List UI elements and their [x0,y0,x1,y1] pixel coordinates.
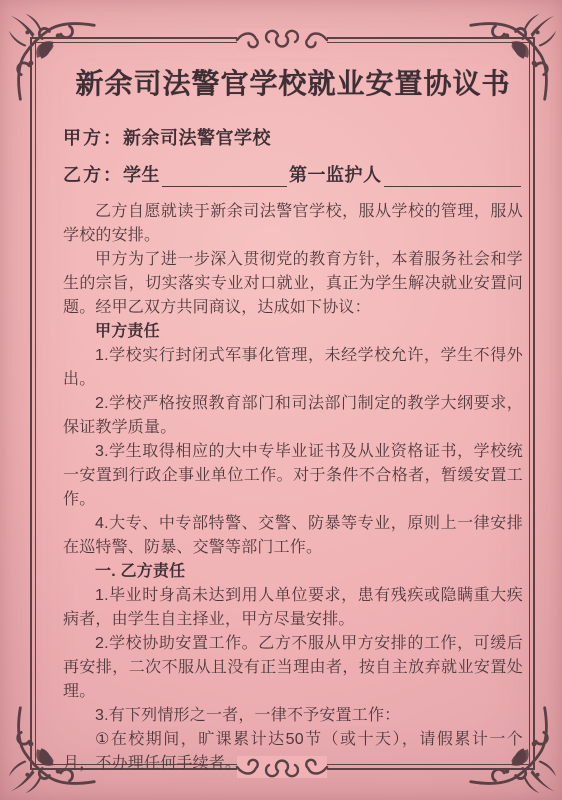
paragraph: 3.有下列情形之一者，一律不予安置工作： [63,704,523,728]
agreement-body: 乙方自愿就读于新余司法警官学校，服从学校的管理，服从学校的安排。 甲方为了进一步… [63,200,523,776]
paragraph: 4.大专、中专部特警、交警、防暴等专业，原则上一律安排在巡特警、防暴、交警等部门… [63,512,523,560]
party-b-label: 乙方： [63,161,123,187]
section-heading-party-a-duties: 甲方责任 [63,320,523,344]
agreement-document: 新余司法警官学校就业安置协议书 甲方： 新余司法警官学校 乙方： 学生 第一监护… [63,62,523,776]
document-title: 新余司法警官学校就业安置协议书 [63,62,523,102]
paragraph: 1.学校实行封闭式军事化管理，未经学校允许，学生不得外出。 [63,344,523,392]
party-a-line: 甲方： 新余司法警官学校 [63,124,523,150]
party-b-line: 乙方： 学生 第一监护人 [63,161,523,187]
paragraph: 2.学校严格按照教育部门和司法部门制定的教学大纲要求，保证教学质量。 [63,392,523,440]
section-heading-party-b-duties: 一. 乙方责任 [63,560,523,584]
paragraph: ①在校期间，旷课累计达50节（或十天），请假累计一个月，不办理任何手续者。 [63,728,523,776]
paragraph: 1.毕业时身高未达到用人单位要求，患有残疾或隐瞒重大疾病者，由学生自主择业，甲方… [63,584,523,632]
guardian-name-blank-field [384,167,521,187]
paragraph: 3.学生取得相应的大中专毕业证书及从业资格证书，学校统一安置到行政企事业单位工作… [63,440,523,512]
scroll-flourish-icon [217,26,347,54]
guardian-label: 第一监护人 [289,161,382,187]
paragraph: 甲方为了进一步深入贯彻党的教育方针，本着服务社会和学生的宗旨，切实落实专业对口就… [63,248,523,320]
party-a-value: 新余司法警官学校 [123,124,271,150]
party-a-label: 甲方： [63,124,123,150]
student-label: 学生 [123,161,160,187]
paragraph: 2.学校协助安置工作。乙方不服从甲方安排的工作，可缓后再安排，二次不服从且没有正… [63,632,523,704]
paragraph: 乙方自愿就读于新余司法警官学校，服从学校的管理，服从学校的安排。 [63,200,523,248]
student-name-blank-field [162,167,287,187]
